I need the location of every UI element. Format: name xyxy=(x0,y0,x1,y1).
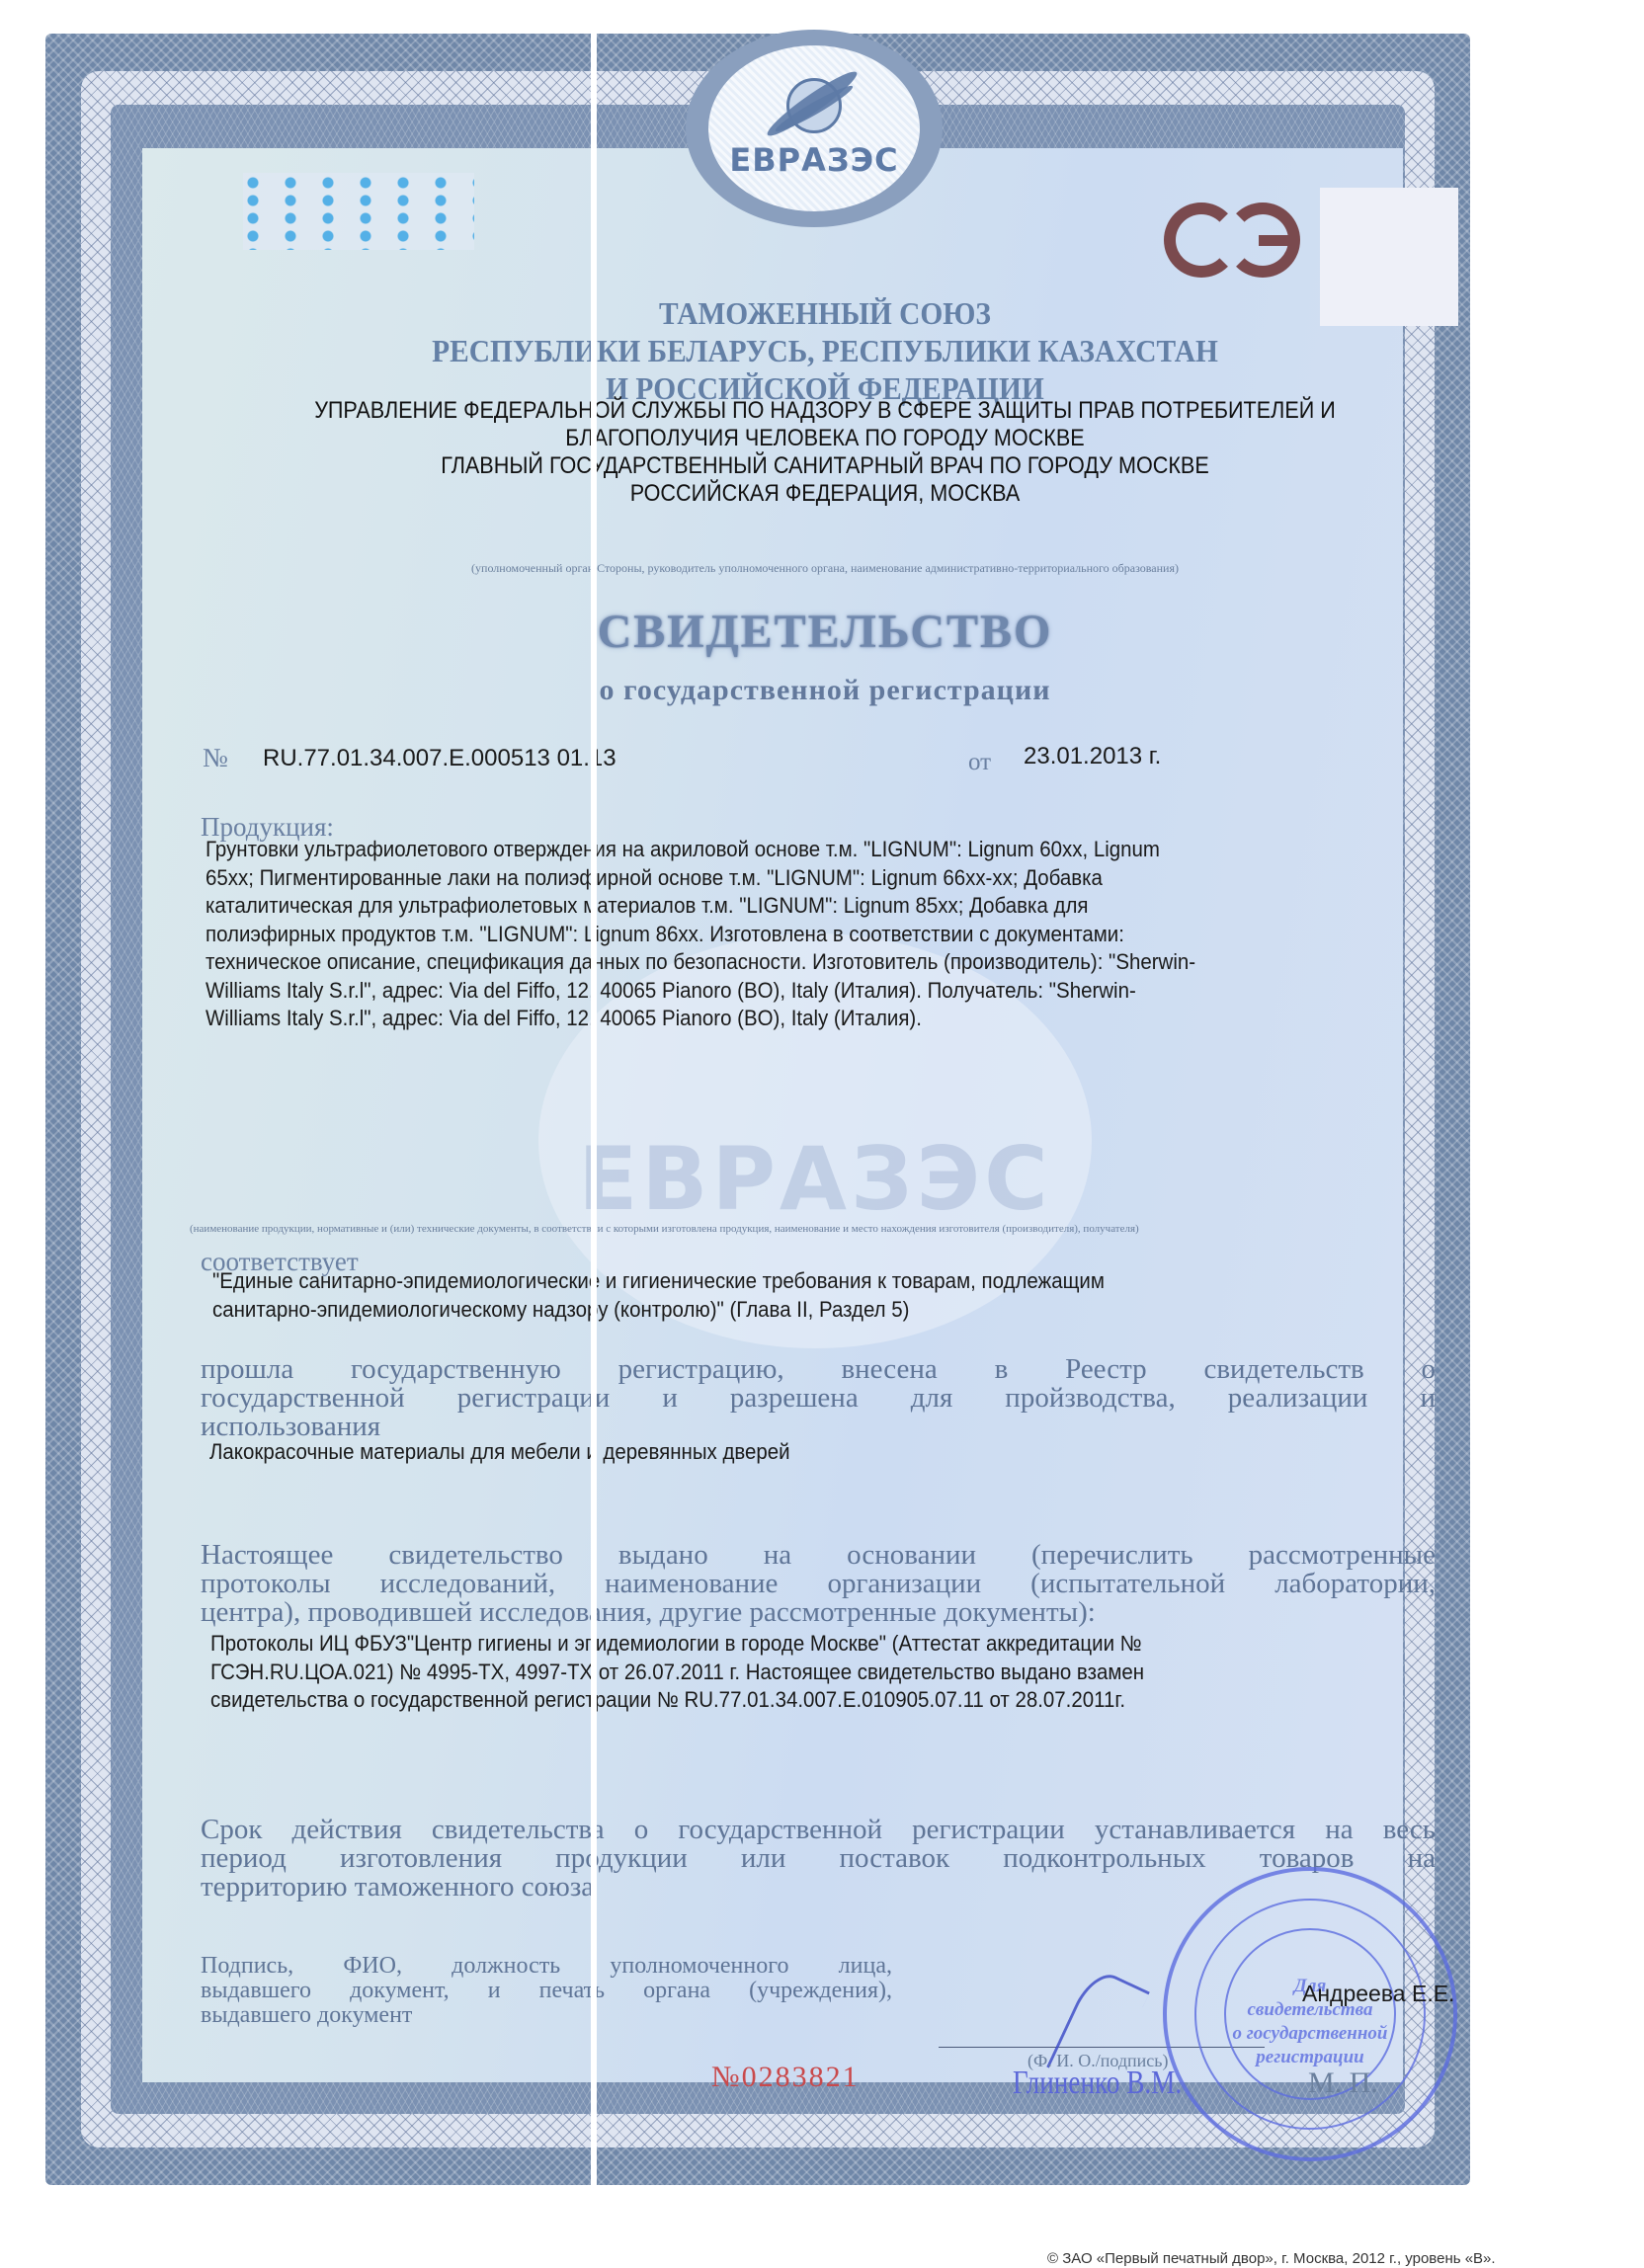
certificate-number: RU.77.01.34.007.E.000513 01.13 xyxy=(263,745,616,772)
number-label: № xyxy=(203,743,228,773)
certificate-title: СВИДЕТЕЛЬСТВО xyxy=(198,605,1452,659)
globe-icon xyxy=(786,78,842,133)
certificate-subtitle: о государственной регистрации xyxy=(198,674,1452,707)
compliance-standard: "Единые санитарно-эпидемиологические и г… xyxy=(212,1267,1407,1324)
product-caption: (наименование продукции, нормативные и (… xyxy=(190,1223,1464,1235)
scan-seam xyxy=(591,0,597,2203)
registration-statement: прошла государственную регистрацию, внес… xyxy=(201,1355,1436,1441)
facsimile-name-stamp: Глиненко В.М. xyxy=(1013,2065,1182,2102)
signer-name: Андреева Е.Е. xyxy=(1302,1981,1454,2007)
emblem-label: ЕВРАЗЭС xyxy=(729,141,898,179)
official-seal: Для свидетельства о государственной реги… xyxy=(1163,1867,1457,2161)
eurasec-emblem: ЕВРАЗЭС xyxy=(686,30,943,227)
date-label: от xyxy=(968,749,991,776)
signature-label: Подпись, ФИО, должность уполномоченного … xyxy=(201,1954,892,2028)
basis-statement: Настоящее свидетельство выдано на основа… xyxy=(201,1541,1436,1627)
authority-line-1: УПРАВЛЕНИЕ ФЕДЕРАЛЬНОЙ СЛУЖБЫ ПО НАДЗОРУ… xyxy=(261,397,1390,425)
usage-scope: Лакокрасочные материалы для мебели и дер… xyxy=(209,1438,1036,1467)
certificate-date: 23.01.2013 г. xyxy=(1024,743,1161,770)
union-title-line-1: ТАМОЖЕННЫЙ СОЮЗ xyxy=(248,294,1402,332)
authority-line-3: ГЛАВНЫЙ ГОСУДАРСТВЕННЫЙ САНИТАРНЫЙ ВРАЧ … xyxy=(261,452,1390,480)
authority-line-4: РОССИЙСКАЯ ФЕДЕРАЦИЯ, МОСКВА xyxy=(261,480,1390,508)
union-title-line-2: РЕСПУБЛИКИ БЕЛАРУСЬ, РЕСПУБЛИКИ КАЗАХСТА… xyxy=(248,332,1402,369)
basis-documents: Протоколы ИЦ ФБУЗ"Центр гигиены и эпидем… xyxy=(210,1630,1405,1715)
authority-caption: (уполномоченный орган Стороны, руководит… xyxy=(198,561,1452,576)
blank-serial-number: №0283821 xyxy=(711,2061,860,2094)
product-description: Грунтовки ультрафиолетового отверждения … xyxy=(205,836,1400,1033)
seal-place-mark: М. П. xyxy=(1308,2066,1378,2100)
hologram-strip xyxy=(243,173,474,250)
authority-line-2: БЛАГОПОЛУЧИЯ ЧЕЛОВЕКА ПО ГОРОДУ МОСКВЕ xyxy=(261,425,1390,452)
printer-credit: © ЗАО «Первый печатный двор», г. Москва,… xyxy=(1047,2250,1496,2267)
se-conformity-mark-icon xyxy=(1164,202,1302,283)
